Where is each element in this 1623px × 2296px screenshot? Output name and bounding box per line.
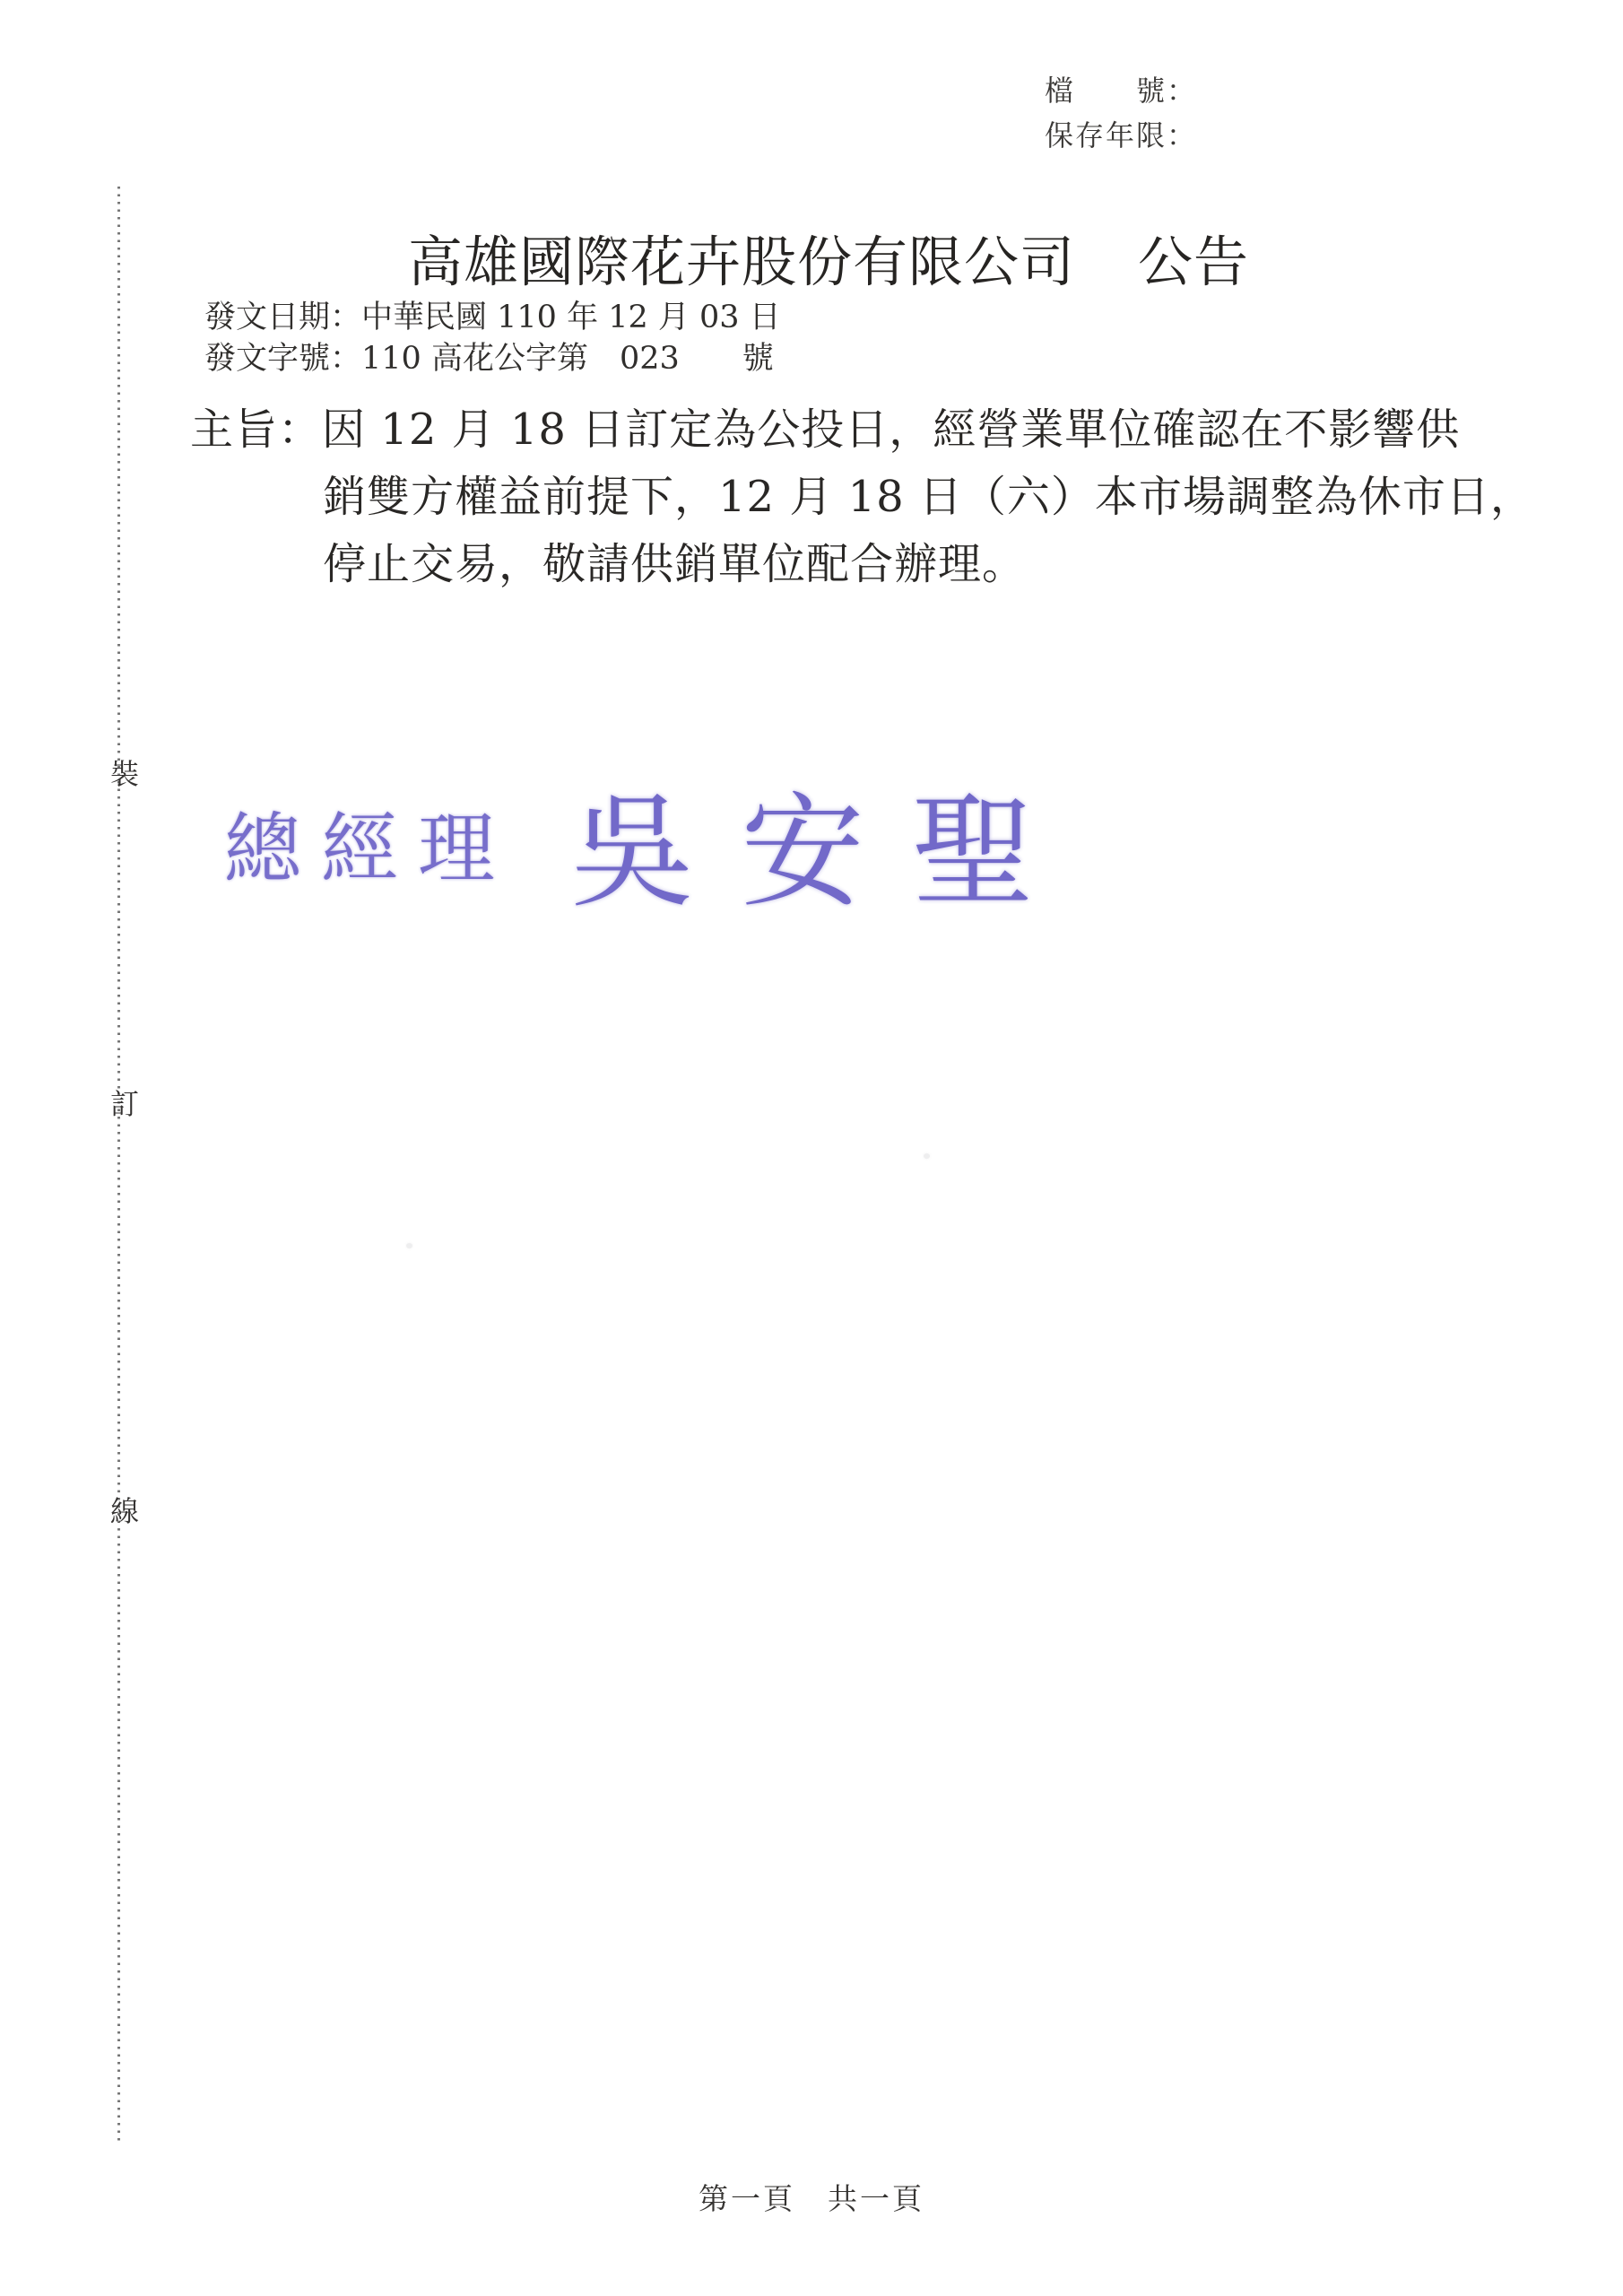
binding-char-xian: 線 — [107, 1489, 143, 1530]
ref-number-row: 發文字號：110 高花公字第 023 號 — [204, 334, 774, 378]
page-footer: 第一頁 共一頁 — [0, 2176, 1623, 2218]
file-number-label: 檔 號： — [1045, 68, 1197, 109]
document-page: 檔 號： 保存年限： 高雄國際花卉股份有限公司 公告 發文日期：中華民國 110… — [0, 0, 1623, 2296]
ref-number-value: 110 高花公字第 023 號 — [361, 341, 774, 377]
subject-line-1-text: 因 12 月 18 日訂定為公投日，經營業單位確認在不影響供 — [322, 404, 1460, 455]
scan-speck — [924, 1153, 930, 1159]
subject-line-2: 銷雙方權益前提下，12 月 18 日（六）本市場調整為休市日， — [323, 462, 1534, 524]
document-title: 高雄國際花卉股份有限公司 公告 — [408, 219, 1249, 297]
stamp-role-title: 總經理 — [224, 787, 515, 898]
issue-date-label: 發文日期： — [204, 300, 361, 335]
binding-dotted-line — [117, 187, 120, 2142]
subject-line-3: 停止交易，敬請供銷單位配合辦理。 — [323, 529, 1026, 591]
binding-char-ding: 訂 — [107, 1082, 143, 1123]
document-type: 公告 — [1138, 219, 1249, 297]
ref-number-label: 發文字號： — [204, 341, 361, 377]
retention-period-label: 保存年限： — [1045, 113, 1197, 154]
stamp-person-name: 吳安聖 — [570, 753, 1081, 931]
subject-label: 主旨： — [190, 404, 322, 455]
manager-signature-stamp: 總經理 吳安聖 — [224, 753, 1081, 931]
issue-date-row: 發文日期：中華民國 110 年 12 月 03 日 — [204, 292, 781, 337]
company-name: 高雄國際花卉股份有限公司 — [408, 219, 1075, 297]
subject-line-1: 主旨：因 12 月 18 日訂定為公投日，經營業單位確認在不影響供 — [190, 395, 1460, 457]
issue-date-value: 中華民國 110 年 12 月 03 日 — [361, 300, 781, 335]
binding-char-zhuang: 裝 — [107, 752, 143, 793]
scan-speck — [406, 1243, 412, 1248]
